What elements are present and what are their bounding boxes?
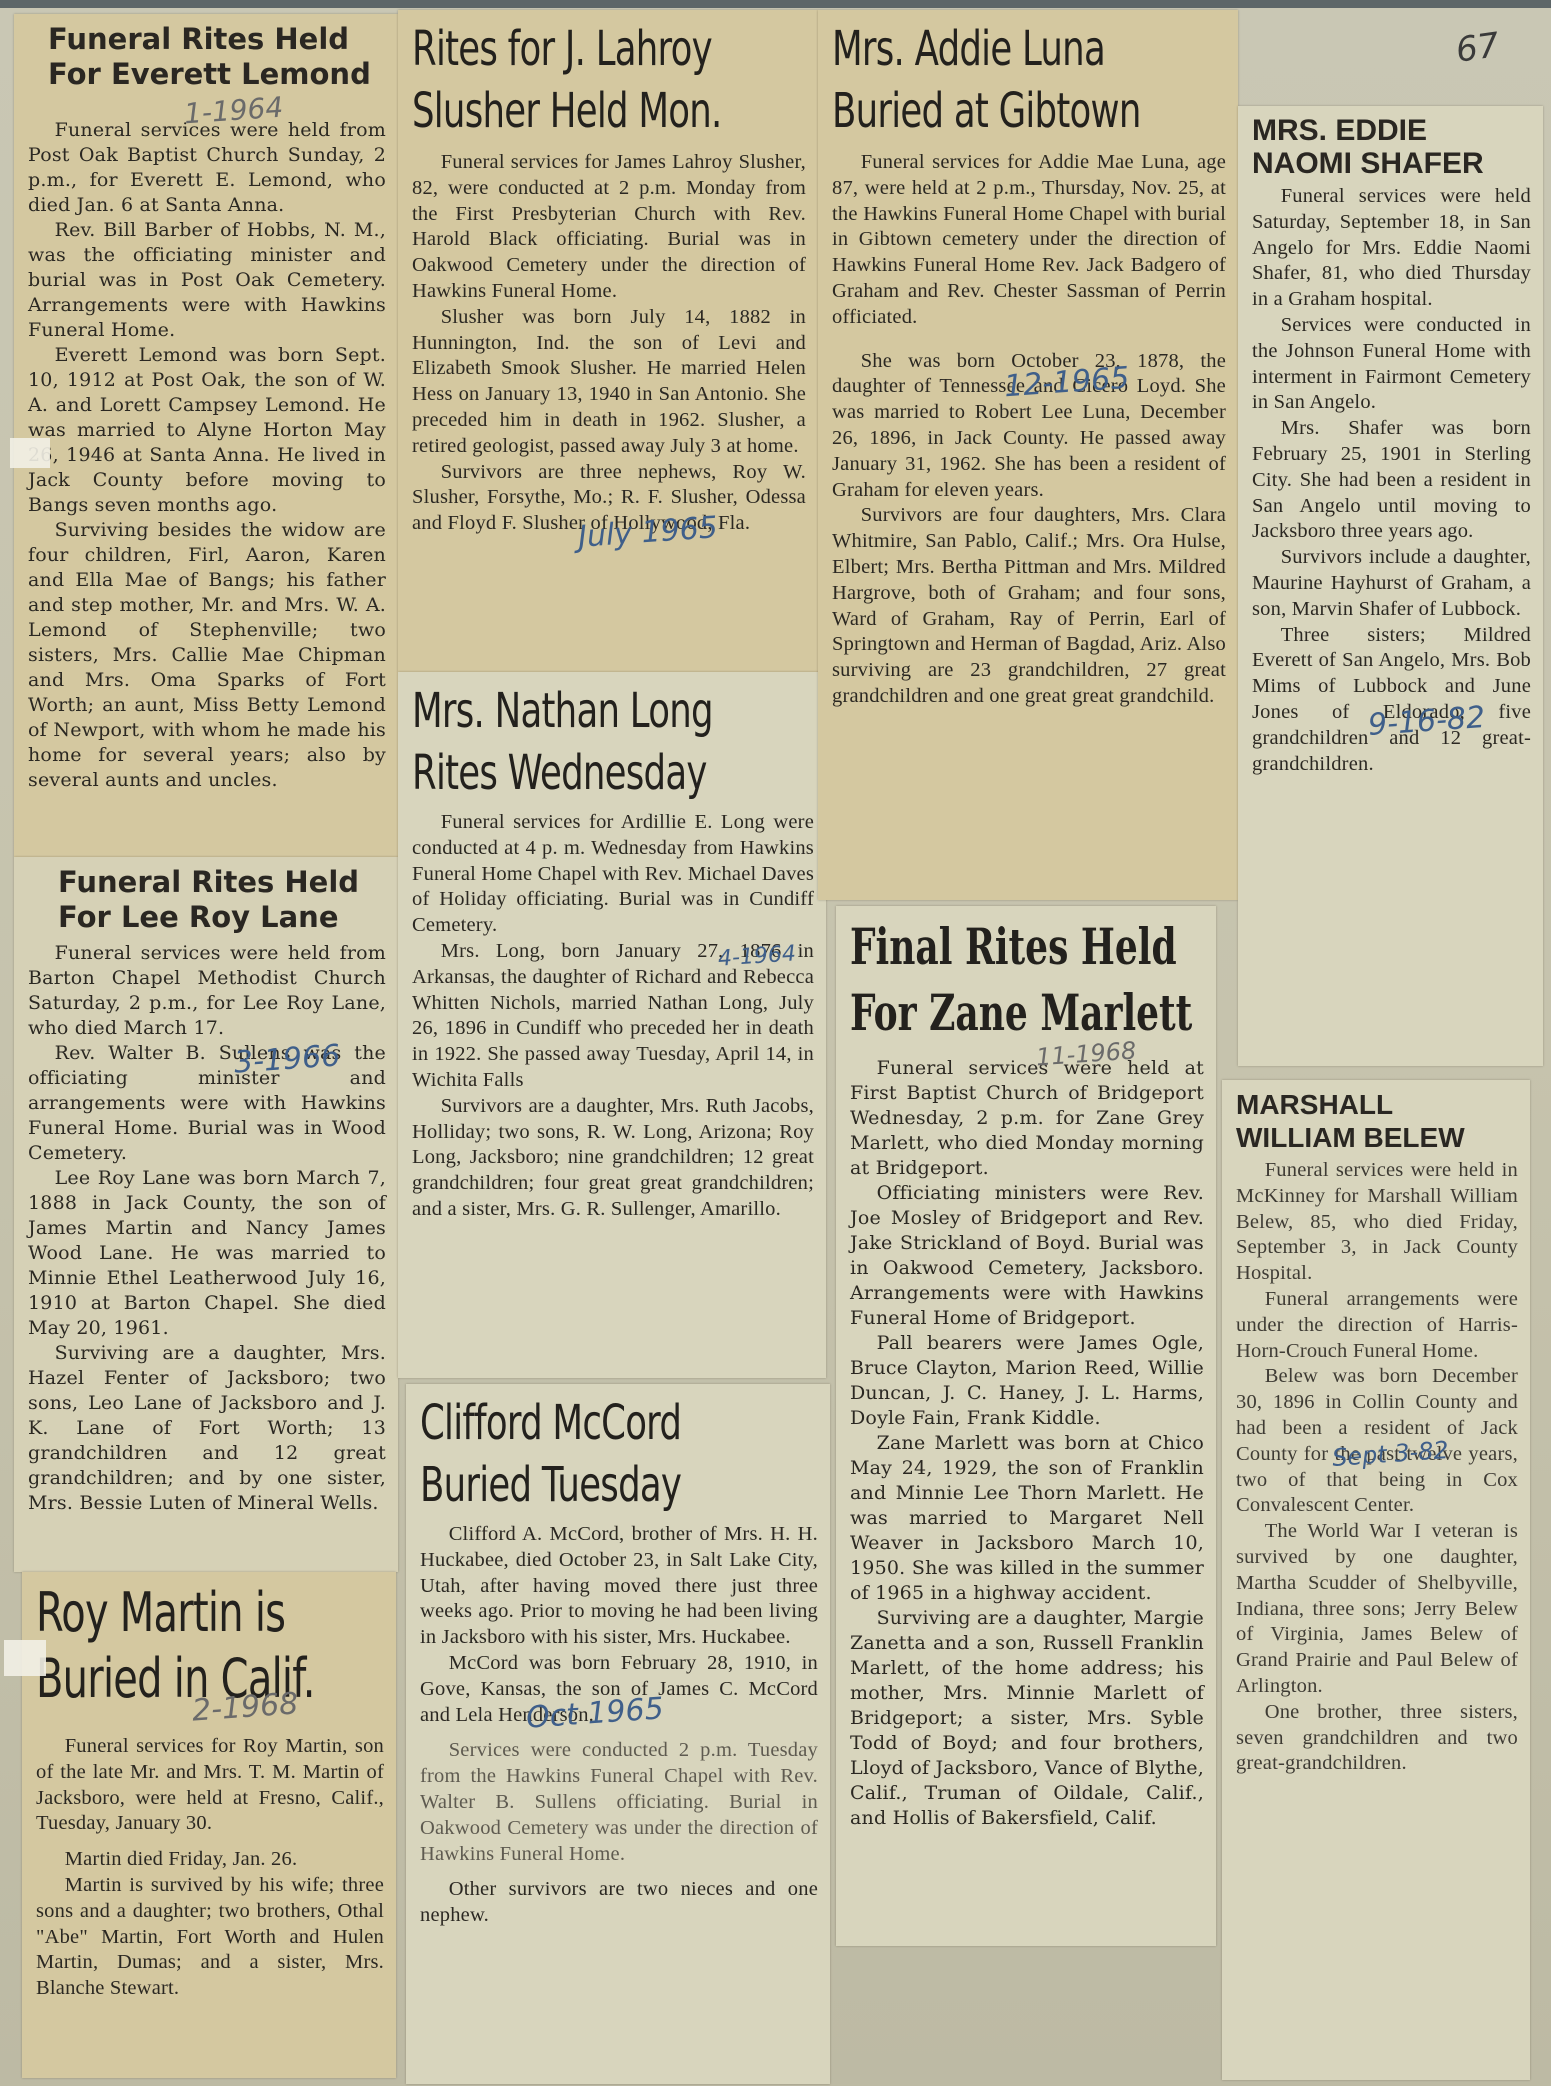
headline-line: For Everett Lemond (48, 57, 386, 92)
paragraph: Zane Marlett was born at Chico May 24, 1… (850, 1431, 1204, 1606)
clipping-body: Funeral services for Ardillie E. Long we… (412, 810, 814, 1223)
paragraph: Pall bearers were James Ogle, Bruce Clay… (850, 1331, 1204, 1431)
clipping-headline: Rites for J. Lahroy Slusher Held Mon. (412, 18, 806, 142)
clipping-body: Funeral services for Roy Martin, son of … (36, 1734, 384, 2002)
paragraph: She was born October 23, 1878, the daugh… (832, 349, 1226, 504)
clipping-body: Funeral services were held from Barton C… (28, 941, 386, 1516)
paragraph: Clifford A. McCord, brother of Mrs. H. H… (420, 1522, 818, 1651)
clipping-headline: Clifford McCord Buried Tuesday (420, 1392, 818, 1516)
clipping-long: Mrs. Nathan Long Rites Wednesday Funeral… (398, 672, 826, 1378)
torn-corner (10, 438, 50, 468)
headline-line: For Lee Roy Lane (58, 900, 386, 935)
clipping-lemond: Funeral Rites Held For Everett Lemond Fu… (14, 14, 398, 857)
paragraph: Funeral services were held at First Bapt… (850, 1056, 1204, 1181)
clipping-headline: MARSHALL WILLIAM BELEW (1236, 1088, 1518, 1154)
paragraph: Funeral services were held Saturday, Sep… (1252, 184, 1531, 313)
paragraph: Martin is survived by his wife; three so… (36, 1873, 384, 2002)
headline-line: WILLIAM BELEW (1236, 1121, 1518, 1154)
paragraph: Officiating ministers were Rev. Joe Mosl… (850, 1181, 1204, 1331)
paragraph: Funeral services were held from Post Oak… (28, 118, 386, 218)
clipping-luna: Mrs. Addie Luna Buried at Gibtown Funera… (818, 10, 1238, 900)
paragraph: Funeral services for Addie Mae Luna, age… (832, 150, 1226, 331)
paragraph: Lee Roy Lane was born March 7, 1888 in J… (28, 1166, 386, 1341)
headline-line: Buried Tuesday (420, 1454, 818, 1516)
paragraph: Slusher was born July 14, 1882 in Hunnin… (412, 305, 806, 460)
paragraph: Mrs. Long, born January 27, 1876 in Arka… (412, 939, 814, 1094)
paragraph: Funeral services for Ardillie E. Long we… (412, 810, 814, 939)
paragraph: Funeral services were held from Barton C… (28, 941, 386, 1041)
headline-line: Mrs. Addie Luna (832, 18, 1226, 80)
headline-line: Clifford McCord (420, 1392, 818, 1454)
clipping-headline: Funeral Rites Held For Lee Roy Lane (28, 865, 386, 935)
paragraph: The World War I veteran is survived by o… (1236, 1519, 1518, 1700)
paragraph: Survivors are three nephews, Roy W. Slus… (412, 460, 806, 537)
paragraph: Funeral services for Roy Martin, son of … (36, 1734, 384, 1837)
clipping-headline: Mrs. Addie Luna Buried at Gibtown (832, 18, 1226, 142)
page-number-handwritten: 67 (1453, 25, 1501, 71)
paragraph: Surviving besides the widow are four chi… (28, 518, 386, 793)
headline-line: Buried in Calif. (36, 1646, 384, 1712)
clipping-body: Funeral services were held from Post Oak… (28, 118, 386, 793)
headline-line: Roy Martin is (36, 1580, 384, 1646)
clipping-headline: MRS. EDDIE NAOMI SHAFER (1252, 114, 1531, 180)
clipping-headline: Mrs. Nathan Long Rites Wednesday (412, 680, 814, 804)
paragraph: Belew was born December 30, 1896 in Coll… (1236, 1364, 1518, 1519)
clipping-body: Funeral services for Addie Mae Luna, age… (832, 150, 1226, 710)
clipping-body: Funeral services were held in McKinney f… (1236, 1158, 1518, 1777)
torn-corner (4, 1640, 46, 1676)
clipping-slusher: Rites for J. Lahroy Slusher Held Mon. Fu… (398, 10, 818, 672)
headline-line: Mrs. Nathan Long (412, 680, 814, 742)
paragraph: Funeral services were held in McKinney f… (1236, 1158, 1518, 1287)
paragraph: Survivors are a daughter, Mrs. Ruth Jaco… (412, 1094, 814, 1223)
album-page-top-edge (0, 0, 1551, 8)
paragraph: Survivors include a daughter, Maurine Ha… (1252, 545, 1531, 622)
clipping-belew: MARSHALL WILLIAM BELEW Funeral services … (1222, 1080, 1530, 2080)
paragraph: Services were conducted in the Johnson F… (1252, 313, 1531, 416)
paragraph: Three sisters; Mildred Everett of San An… (1252, 623, 1531, 778)
headline-line: Buried at Gibtown (832, 80, 1226, 142)
headline-line: Rites Wednesday (412, 742, 814, 804)
clipping-headline: Funeral Rites Held For Everett Lemond (28, 22, 386, 92)
headline-line: For Zane Marlett (850, 980, 1207, 1046)
paragraph: One brother, three sisters, seven grandc… (1236, 1700, 1518, 1777)
headline-line: Rites for J. Lahroy (412, 18, 806, 80)
headline-line: MARSHALL (1236, 1088, 1518, 1121)
paragraph: Surviving are a daughter, Mrs. Hazel Fen… (28, 1341, 386, 1516)
headline-line: Final Rites Held (850, 914, 1207, 980)
headline-line: NAOMI SHAFER (1252, 147, 1531, 180)
paragraph: Rev. Bill Barber of Hobbs, N. M., was th… (28, 218, 386, 343)
paragraph: Surviving are a daughter, Margie Zanetta… (850, 1606, 1204, 1831)
paragraph: McCord was born February 28, 1910, in Go… (420, 1651, 818, 1728)
paragraph: Martin died Friday, Jan. 26. (36, 1847, 384, 1873)
paragraph: Rev. Walter B. Sullens was the officiati… (28, 1041, 386, 1166)
clipping-body: Funeral services were held at First Bapt… (850, 1056, 1204, 1831)
clipping-shafer: MRS. EDDIE NAOMI SHAFER Funeral services… (1238, 106, 1543, 1066)
paragraph: Services were conducted 2 p.m. Tuesday f… (420, 1738, 818, 1867)
headline-line: Funeral Rites Held (48, 22, 386, 57)
clipping-body: Clifford A. McCord, brother of Mrs. H. H… (420, 1522, 818, 1929)
clipping-lane: Funeral Rites Held For Lee Roy Lane Fune… (14, 857, 398, 1572)
paragraph: Survivors are four daughters, Mrs. Clara… (832, 503, 1226, 709)
clipping-martin: Roy Martin is Buried in Calif. Funeral s… (22, 1572, 396, 2078)
headline-line: MRS. EDDIE (1252, 114, 1531, 147)
clipping-body: Funeral services for James Lahroy Slushe… (412, 150, 806, 537)
headline-line: Funeral Rites Held (58, 865, 386, 900)
paragraph: Funeral arrangements were under the dire… (1236, 1287, 1518, 1364)
clipping-marlett: Final Rites Held For Zane Marlett Funera… (836, 906, 1216, 1946)
headline-line: Slusher Held Mon. (412, 80, 806, 142)
paragraph: Funeral services for James Lahroy Slushe… (412, 150, 806, 305)
paragraph: Mrs. Shafer was born February 25, 1901 i… (1252, 416, 1531, 545)
clipping-mccord: Clifford McCord Buried Tuesday Clifford … (406, 1384, 830, 2084)
clipping-body: Funeral services were held Saturday, Sep… (1252, 184, 1531, 777)
paragraph: Everett Lemond was born Sept. 10, 1912 a… (28, 343, 386, 518)
clipping-headline: Roy Martin is Buried in Calif. (36, 1580, 384, 1712)
paragraph: Other survivors are two nieces and one n… (420, 1877, 818, 1929)
clipping-headline: Final Rites Held For Zane Marlett (850, 914, 1207, 1046)
